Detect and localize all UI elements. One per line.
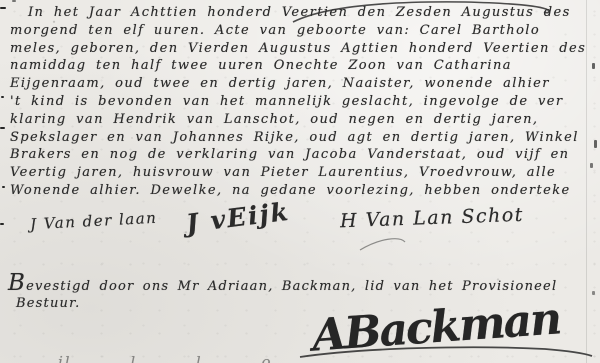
scan-artifact <box>0 7 6 9</box>
scan-artifact <box>592 291 595 295</box>
certification-line: Bestuur. <box>16 296 80 311</box>
record-line: klaring van Hendrik van Lanschot, oud ne… <box>10 111 598 129</box>
record-line: namiddag ten half twee uuren Onechte Zoo… <box>10 57 598 75</box>
cutoff-next-entry-line: il l l o <box>58 353 273 363</box>
signature-tail-flourish <box>360 239 405 250</box>
scan-artifact <box>1 96 4 98</box>
record-line: meles, geboren, den Vierden Augustus Agt… <box>10 40 598 58</box>
scan-artifact <box>2 186 5 188</box>
witness-signature-van-lanschot: H Van Lan Schot <box>340 204 525 232</box>
witness-signature-van-der-laan: J Van der laan <box>30 209 158 234</box>
record-line: Spekslager en van Johannes Rijke, oud ag… <box>10 129 598 147</box>
scan-artifact <box>594 140 597 148</box>
record-line: Veertig jaren, huisvrouw van Pieter Laur… <box>10 164 598 182</box>
record-line: Wonende alhier. Dewelke, na gedane voorl… <box>10 182 598 200</box>
record-body: In het Jaar Achttien honderd Veertien de… <box>10 4 598 200</box>
page-fold-line <box>586 0 587 363</box>
scanned-birth-record: In het Jaar Achttien honderd Veertien de… <box>0 0 600 363</box>
scan-artifact <box>0 127 5 129</box>
certification-line: Bevestigd door ons Mr Adriaan, Backman, … <box>8 278 557 294</box>
record-line: In het Jaar Achttien honderd Veertien de… <box>28 4 598 22</box>
scan-artifact <box>590 163 593 168</box>
scan-artifact <box>592 63 595 69</box>
record-line: Eijgenraam, oud twee en dertig jaren, Na… <box>10 75 598 93</box>
scan-artifact <box>0 223 4 225</box>
record-line: Brakers en nog de verklaring van Jacoba … <box>10 146 598 164</box>
record-line: 't kind is bevonden van het mannelijk ge… <box>10 93 598 111</box>
record-line: morgend ten elf uuren. Acte van geboorte… <box>10 22 598 40</box>
witness-signature-rijk: J vEijk <box>185 197 292 238</box>
scan-artifact <box>12 0 16 2</box>
official-signature-backman: ABackman <box>311 293 562 361</box>
